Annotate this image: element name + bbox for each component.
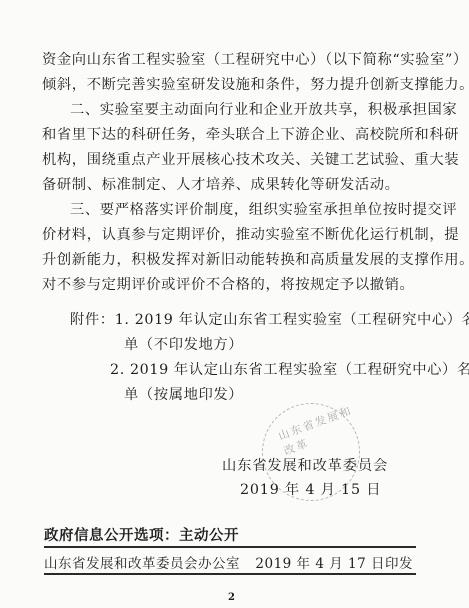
attachments-block: 附件：1. 2019 年认定山东省工程实验室（工程研究中心）名 [70, 309, 469, 331]
divider [44, 546, 416, 548]
signing-org: 山东省发展和改革委员会 [222, 455, 388, 475]
print-date: 2019 年 4 月 17 日印发 [255, 552, 413, 572]
signing-date: 2019 年 4 月 15 日 [240, 479, 381, 499]
attachment-2-cont: 单（按属地印发） [124, 384, 243, 406]
issuing-office: 山东省发展和改革委员会办公室 [44, 552, 240, 572]
body-line: 对不参与定期评价或评价不合格的，将按规定予以撤销。 [42, 274, 414, 296]
attachments-label: 附件： [70, 312, 115, 328]
page-number: 2 [228, 592, 235, 603]
section-three-heading: 三、要严格落实评价制度，组织实验室承担单位按时提交评 [70, 199, 457, 221]
body-line: 备研制、标准制定、人才培养、成果转化等研发活动。 [42, 174, 400, 196]
attachment-1-cont: 单（不印发地方） [124, 334, 243, 356]
body-line: 资金向山东省工程实验室（工程研究中心）（以下简称“实验室”） [42, 49, 468, 71]
divider [44, 573, 416, 575]
body-line: 机构，围绕重点产业开展核心技术攻关、关键工艺试验、重大装 [42, 149, 459, 171]
section-two-heading: 二、实验室要主动面向行业和企业开放共享，积极承担国家 [70, 99, 457, 121]
body-line: 升创新能力，积极发挥对新旧动能转换和高质量发展的支撑作用。 [42, 249, 469, 271]
seal-text: 山东省发展和改革 [276, 401, 362, 458]
attachment-1: 1. 2019 年认定山东省工程实验室（工程研究中心）名 [115, 312, 469, 328]
body-line: 倾斜，不断完善实验室研发设施和条件，努力提升创新支撑能力。 [42, 74, 469, 96]
body-line: 和省里下达的科研任务，牵头联合上下游企业、高校院所和科研 [42, 124, 459, 146]
disclosure-option: 政府信息公开选项：主动公开 [44, 524, 239, 545]
attachment-2: 2. 2019 年认定山东省工程实验室（工程研究中心）名 [110, 359, 469, 381]
body-line: 价材料，认真参与定期评价，推动实验室不断优化运行机制，提 [42, 224, 459, 246]
